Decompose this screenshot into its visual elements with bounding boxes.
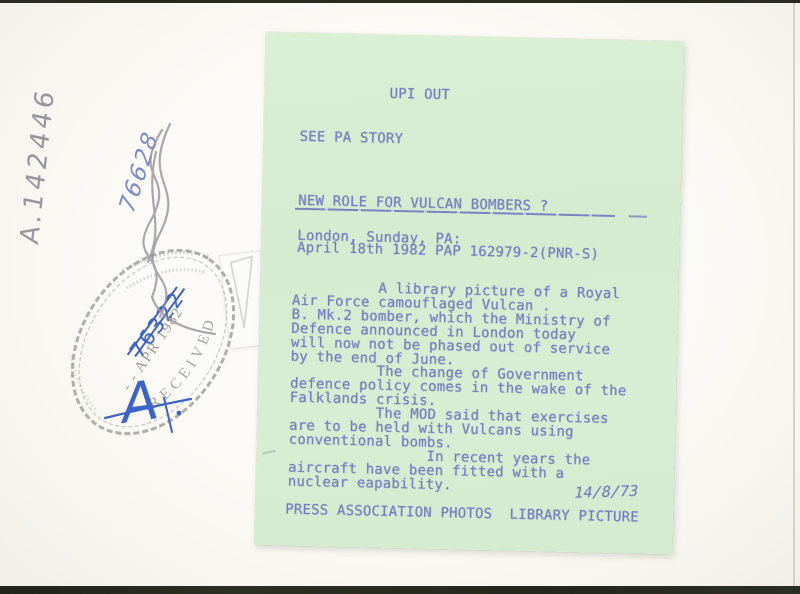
- dateline: London, Sunday, PA:: [297, 229, 461, 247]
- photo-top-border: [0, 0, 800, 3]
- archive-date: 14/8/73: [573, 482, 640, 502]
- photo-bottom-border: [0, 586, 800, 594]
- divider-segment: [629, 215, 647, 217]
- stray-pencil-dash: [262, 450, 275, 455]
- photo-of-caption-card: A.142446 76628 RECEIVED - - APR 1982: [0, 0, 800, 594]
- pencil-scribble-crossout: [100, 112, 220, 337]
- photo-right-edge: [793, 3, 795, 586]
- see-pa-story-line: SEE PA STORY: [299, 130, 403, 146]
- credit-line: PRESS ASSOCIATION PHOTOS LIBRARY PICTURE: [285, 503, 639, 525]
- blue-overwrite-letter: A: [114, 368, 162, 436]
- upi-out-line: UPI OUT: [389, 87, 450, 102]
- caption-card: UPI OUT SEE PA STORY NEW ROLE FOR VULCAN…: [254, 32, 684, 554]
- blue-pen-dot: [177, 411, 182, 416]
- caption-body-text: A library picture of a Royal Air Force c…: [288, 281, 629, 497]
